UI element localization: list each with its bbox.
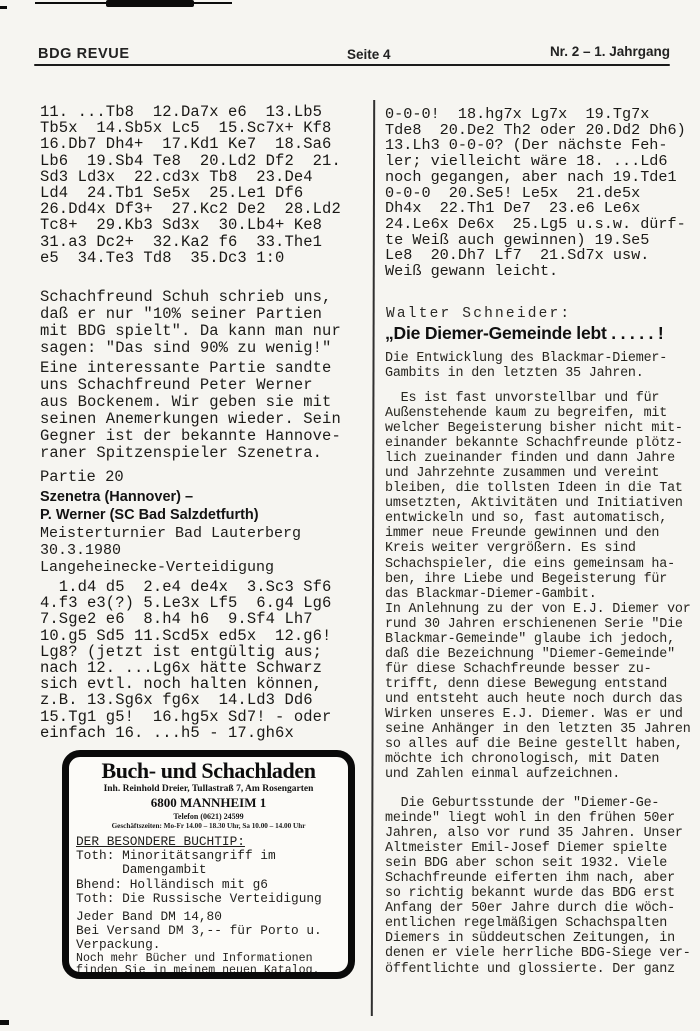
advert-hours: Geschäftszeiten: Mo-Fr 14.00 – 18.30 Uhr… — [69, 822, 348, 830]
advert-title: Buch- und Schachladen — [69, 758, 348, 784]
advert-tip-lines: Toth: Minoritätsangriff im Damengambit B… — [76, 849, 348, 906]
issue-label: Nr. 2 – 1. Jahrgang — [550, 44, 670, 59]
game-info: Meisterturnier Bad Lauterberg 30.3.1980 … — [40, 525, 301, 576]
advert-request-line: Bitte anfordern! — [76, 978, 348, 979]
advert-catalog-lines: Noch mehr Bücher und Informationen finde… — [76, 953, 348, 978]
journal-title: BDG REVUE — [38, 46, 130, 62]
advert-owner-line: Inh. Reinhold Dreier, Tullastraß 7, Am R… — [69, 784, 348, 794]
scan-artifact-bottom-tick — [0, 1020, 9, 1025]
partie-label: Partie 20 — [40, 468, 124, 486]
magazine-page: BDG REVUE Seite 4 Nr. 2 – 1. Jahrgang 11… — [0, 0, 700, 1031]
advert-price-lines: Jeder Band DM 14,80 Bei Versand DM 3,-- … — [76, 910, 348, 953]
scan-artifact-top-bar — [106, 0, 194, 7]
article-paragraph-2: Die Geburtsstunde der "Diemer-Ge- meinde… — [385, 796, 691, 977]
column-divider-line — [371, 100, 375, 1016]
advert-city: 6800 MANNHEIM 1 — [69, 795, 348, 811]
header-rule — [34, 64, 670, 66]
scan-artifact-left-tick — [0, 6, 7, 9]
game-players: Szenetra (Hannover) – P. Werner (SC Bad … — [40, 489, 259, 524]
article-headline: „Die Diemer-Gemeinde lebt . . . . . ! — [385, 323, 664, 344]
advert-tip-heading: DER BESONDERE BUCHTIP: — [76, 835, 348, 849]
left-moves-block-1: 11. ...Tb8 12.Da7x e6 13.Lb5 Tb5x 14.Sb5… — [40, 104, 341, 266]
article-subtitle: Die Entwicklung des Blackmar-Diemer- Gam… — [385, 351, 667, 381]
left-paragraph-partie-intro: Eine interessante Partie sandte uns Scha… — [40, 360, 341, 462]
advert-phone: Telefon (0621) 24599 — [69, 812, 348, 821]
left-paragraph-schuh: Schachfreund Schuh schrieb uns, daß er n… — [40, 289, 341, 357]
article-paragraph-1: Es ist fast unvorstellbar und für Außens… — [385, 391, 691, 782]
page-number: Seite 4 — [347, 47, 391, 62]
article-author: Walter Schneider: — [386, 306, 571, 322]
right-moves-block: 0-0-0! 18.hg7x Lg7x 19.Tg7x Tde8 20.De2 … — [385, 107, 686, 280]
advert-box-buch-und-schachladen: Buch- und Schachladen Inh. Reinhold Drei… — [62, 750, 355, 979]
left-moves-block-2: 1.d4 d5 2.e4 de4x 3.Sc3 Sf6 4.f3 e3(?) 5… — [40, 579, 331, 741]
